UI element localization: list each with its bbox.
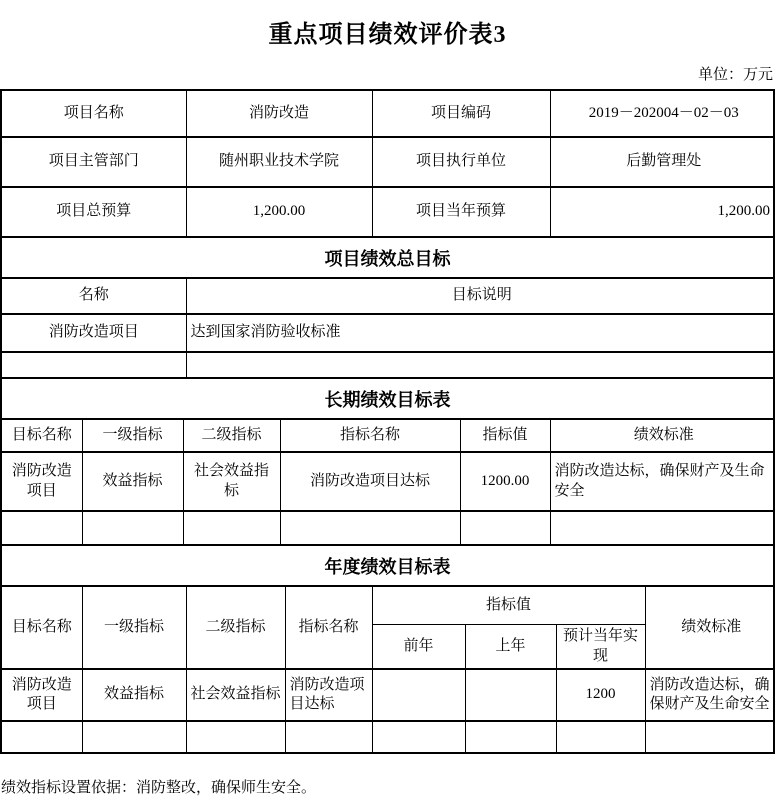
table-row: 消防改造项目 达到国家消防验收标准: [2, 314, 775, 352]
empty-cell: [285, 721, 372, 752]
col-header-indicator-value: 指标值: [460, 420, 550, 452]
col-header-standard: 绩效标准: [550, 420, 775, 452]
col-header-level1: 一级指标: [82, 587, 186, 669]
evaluation-sheet: 项目名称 消防改造 项目编码 2019－202004－02－03 项目主管部门 …: [0, 89, 775, 754]
exec-unit-value: 后勤管理处: [550, 137, 775, 187]
table-row: 消防改造项目 效益指标 社会效益指标 消防改造项目达标 1200.00 消防改造…: [2, 452, 775, 511]
total-budget-value: 1,200.00: [186, 187, 372, 237]
col-header-goal-name: 目标名称: [2, 587, 82, 669]
col-header-indicator-name: 指标名称: [280, 420, 460, 452]
col-header-goal-desc: 目标说明: [186, 279, 775, 314]
col-header-level1: 一级指标: [82, 420, 183, 452]
goal-name-cell: 消防改造项目: [2, 669, 82, 721]
empty-cell: [183, 511, 280, 545]
col-header-goal-name: 目标名称: [2, 420, 82, 452]
footer-note: 绩效指标设置依据：消防整改，确保师生安全。: [0, 754, 775, 796]
empty-cell: [645, 721, 775, 752]
table-row: 名称 目标说明: [2, 279, 775, 314]
level1-cell: 效益指标: [82, 669, 186, 721]
project-code-value: 2019－202004－02－03: [550, 91, 775, 137]
table-row: 项目总预算 1,200.00 项目当年预算 1,200.00: [2, 187, 775, 237]
table-row: 目标名称 一级指标 二级指标 指标名称 指标值 绩效标准: [2, 587, 775, 625]
table-row: 目标名称 一级指标 二级指标 指标名称 指标值 绩效标准: [2, 420, 775, 452]
col-header-expected: 预计当年实现: [556, 625, 645, 670]
empty-cell: [2, 352, 186, 378]
col-header-goal-name: 名称: [2, 279, 186, 314]
col-header-level2: 二级指标: [186, 587, 285, 669]
indicator-name-cell: 消防改造项目达标: [280, 452, 460, 511]
empty-cell: [2, 511, 82, 545]
dept-label: 项目主管部门: [2, 137, 186, 187]
col-header-prev-year: 上年: [465, 625, 556, 670]
annual-goal-table: 目标名称 一级指标 二级指标 指标名称 指标值 绩效标准 前年 上年 预计当年实…: [2, 587, 775, 752]
indicator-name-cell: 消防改造项目达标: [285, 669, 372, 721]
dept-value: 随州职业技术学院: [186, 137, 372, 187]
goal-name-cell: 消防改造项目: [2, 314, 186, 352]
total-budget-label: 项目总预算: [2, 187, 186, 237]
col-header-level2: 二级指标: [183, 420, 280, 452]
prev-year-cell: [465, 669, 556, 721]
indicator-value-cell: 1200.00: [460, 452, 550, 511]
goal-desc-cell: 达到国家消防验收标准: [186, 314, 775, 352]
document-page: 重点项目绩效评价表3 单位：万元 项目名称 消防改造 项目编码 2019－202…: [0, 0, 775, 796]
empty-cell: [550, 511, 775, 545]
table-row: [2, 721, 775, 752]
level1-cell: 效益指标: [82, 452, 183, 511]
table-row: 项目名称 消防改造 项目编码 2019－202004－02－03: [2, 91, 775, 137]
table-row: 消防改造项目 效益指标 社会效益指标 消防改造项目达标 1200 消防改造达标，…: [2, 669, 775, 721]
section-title-overall-goal: 项目绩效总目标: [2, 238, 773, 279]
empty-cell: [82, 511, 183, 545]
standard-cell: 消防改造达标，确保财产及生命安全: [550, 452, 775, 511]
year-budget-label: 项目当年预算: [372, 187, 550, 237]
col-header-standard: 绩效标准: [645, 587, 775, 669]
section-title-longterm: 长期绩效目标表: [2, 379, 773, 420]
exec-unit-label: 项目执行单位: [372, 137, 550, 187]
longterm-goal-table: 目标名称 一级指标 二级指标 指标名称 指标值 绩效标准 消防改造项目 效益指标…: [2, 420, 775, 546]
project-name-label: 项目名称: [2, 91, 186, 137]
empty-cell: [280, 511, 460, 545]
project-name-value: 消防改造: [186, 91, 372, 137]
col-header-prev2-year: 前年: [372, 625, 465, 670]
section-title-annual: 年度绩效目标表: [2, 546, 773, 587]
col-header-indicator-value: 指标值: [372, 587, 645, 625]
table-row: [2, 352, 775, 378]
standard-cell: 消防改造达标，确保财产及生命安全: [645, 669, 775, 721]
prev2-year-cell: [372, 669, 465, 721]
project-code-label: 项目编码: [372, 91, 550, 137]
empty-cell: [372, 721, 465, 752]
table-row: [2, 511, 775, 545]
col-header-indicator-name: 指标名称: [285, 587, 372, 669]
page-title: 重点项目绩效评价表3: [0, 0, 775, 49]
level2-cell: 社会效益指标: [186, 669, 285, 721]
overall-goal-table: 名称 目标说明 消防改造项目 达到国家消防验收标准: [2, 279, 775, 379]
empty-cell: [465, 721, 556, 752]
goal-name-cell: 消防改造项目: [2, 452, 82, 511]
project-info-table: 项目名称 消防改造 项目编码 2019－202004－02－03 项目主管部门 …: [2, 91, 775, 238]
empty-cell: [82, 721, 186, 752]
table-row: 项目主管部门 随州职业技术学院 项目执行单位 后勤管理处: [2, 137, 775, 187]
empty-cell: [556, 721, 645, 752]
expected-cell: 1200: [556, 669, 645, 721]
empty-cell: [186, 721, 285, 752]
year-budget-value: 1,200.00: [550, 187, 775, 237]
empty-cell: [460, 511, 550, 545]
empty-cell: [186, 352, 775, 378]
empty-cell: [2, 721, 82, 752]
level2-cell: 社会效益指标: [183, 452, 280, 511]
unit-label: 单位：万元: [0, 49, 775, 89]
